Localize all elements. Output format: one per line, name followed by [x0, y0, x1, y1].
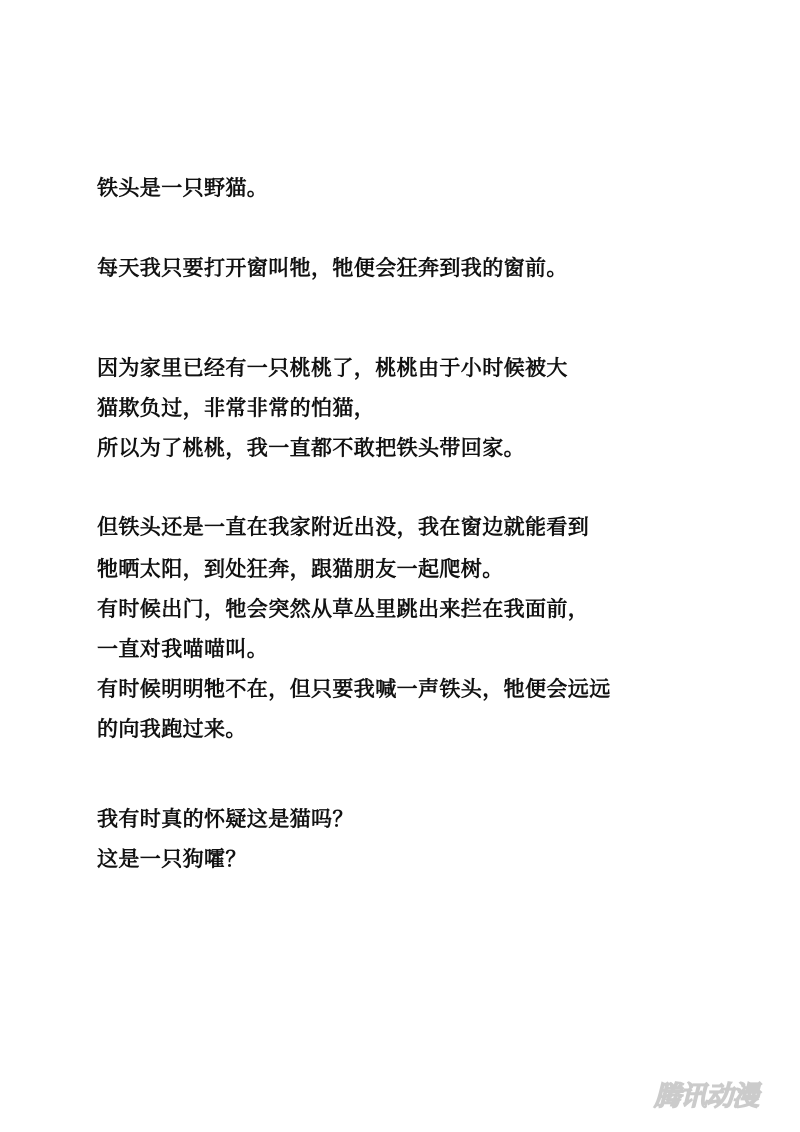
text-line: 铁头是一只野猫。 — [97, 176, 268, 200]
text-line: 所以为了桃桃，我一直都不敢把铁头带回家。 — [97, 436, 525, 460]
text-line: 猫欺负过，非常非常的怕猫， — [97, 396, 375, 420]
watermark-logo: 腾讯动漫 — [654, 1074, 758, 1113]
text-line: 有时候明明牠不在，但只要我喊一声铁头，牠便会远远 — [97, 677, 611, 701]
text-line: 的向我跑过来。 — [97, 717, 247, 741]
text-line: 但铁头还是一直在我家附近出没，我在窗边就能看到 — [97, 515, 589, 539]
text-line: 牠晒太阳，到处狂奔，跟猫朋友一起爬树。 — [97, 557, 504, 581]
text-line: 因为家里已经有一只桃桃了，桃桃由于小时候被大 — [97, 356, 568, 380]
text-line: 我有时真的怀疑这是猫吗？ — [97, 807, 354, 831]
comic-text-page: 铁头是一只野猫。 每天我只要打开窗叫牠，牠便会狂奔到我的窗前。 因为家里已经有一… — [0, 0, 800, 1132]
text-line: 一直对我喵喵叫。 — [97, 637, 268, 661]
text-line: 有时候出门，牠会突然从草丛里跳出来拦在我面前， — [97, 597, 589, 621]
text-line: 每天我只要打开窗叫牠，牠便会狂奔到我的窗前。 — [97, 256, 568, 280]
text-line: 这是一只狗嚯？ — [97, 847, 247, 871]
